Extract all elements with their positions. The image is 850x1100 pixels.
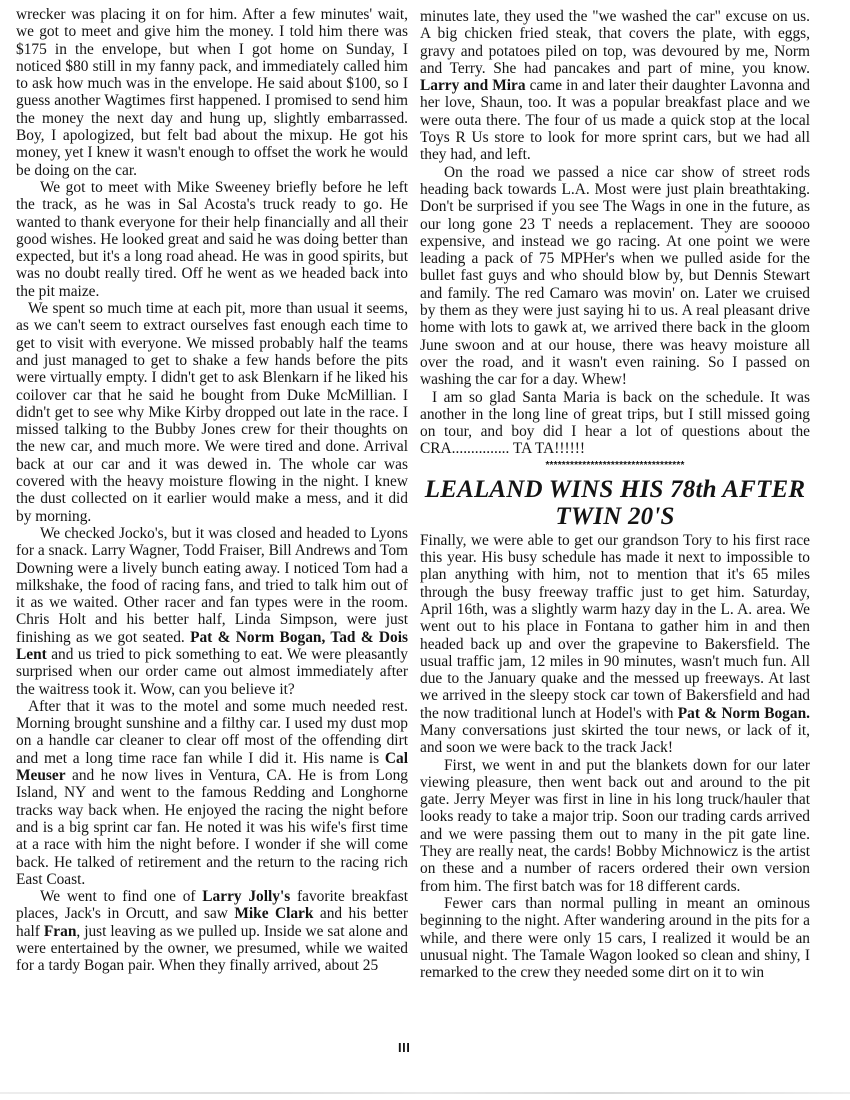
body-text: On the road we passed a nice car show of…	[420, 164, 810, 389]
page-number: III	[398, 1040, 410, 1055]
paragraph: wrecker was placing it on for him. After…	[16, 6, 408, 179]
newsletter-page: wrecker was placing it on for him. After…	[0, 0, 850, 1100]
body-text: We checked Jocko's, but it was closed an…	[16, 525, 408, 646]
article-headline: LEALAND WINS HIS 78th AFTER TWIN 20'S	[420, 476, 810, 530]
body-text: We spent so much time at each pit, more …	[16, 300, 408, 525]
body-text: wrecker was placing it on for him. After…	[16, 6, 408, 179]
body-text: We got to meet with Mike Sweeney briefly…	[16, 179, 408, 300]
body-text: and us tried to pick something to eat. W…	[16, 646, 408, 698]
paragraph: First, we went in and put the blankets d…	[420, 757, 810, 895]
article-body: Finally, we were able to get our grandso…	[420, 532, 810, 982]
paragraph: minutes late, they used the "we washed t…	[420, 8, 810, 164]
body-text: and he now lives in Ventura, CA. He is f…	[16, 767, 408, 888]
right-column-intro: minutes late, they used the "we washed t…	[420, 8, 810, 458]
paragraph: On the road we passed a nice car show of…	[420, 164, 810, 389]
scan-edge-divider	[0, 1092, 850, 1094]
body-text: Many conversations just skirted the tour…	[420, 722, 810, 756]
section-separator: **********************************	[420, 458, 810, 474]
paragraph: Fewer cars than normal pulling in meant …	[420, 895, 810, 981]
paragraph: Finally, we were able to get our grandso…	[420, 532, 810, 757]
paragraph: We got to meet with Mike Sweeney briefly…	[16, 179, 408, 300]
paragraph: We checked Jocko's, but it was closed an…	[16, 525, 408, 698]
body-text: After that it was to the motel and some …	[16, 698, 408, 767]
bold-name-text: Larry Jolly's	[202, 888, 290, 905]
bold-name-text: Mike Clark	[234, 905, 313, 922]
left-column: wrecker was placing it on for him. After…	[16, 6, 408, 975]
body-text: Finally, we were able to get our grandso…	[420, 532, 810, 722]
paragraph: We spent so much time at each pit, more …	[16, 300, 408, 525]
right-column: minutes late, they used the "we washed t…	[420, 8, 810, 981]
body-text: First, we went in and put the blankets d…	[420, 757, 810, 895]
body-text: minutes late, they used the "we washed t…	[420, 8, 810, 77]
paragraph: I am so glad Santa Maria is back on the …	[420, 389, 810, 458]
paragraph: After that it was to the motel and some …	[16, 698, 408, 888]
paragraph: We went to find one of Larry Jolly's fav…	[16, 888, 408, 974]
bold-name-text: Pat & Norm Bogan.	[678, 705, 810, 722]
bold-name-text: Fran	[44, 923, 77, 940]
bold-name-text: Larry and Mira	[420, 77, 526, 94]
body-text: Fewer cars than normal pulling in meant …	[420, 895, 810, 981]
body-text: We went to find one of	[40, 888, 202, 905]
body-text: I am so glad Santa Maria is back on the …	[420, 389, 810, 458]
